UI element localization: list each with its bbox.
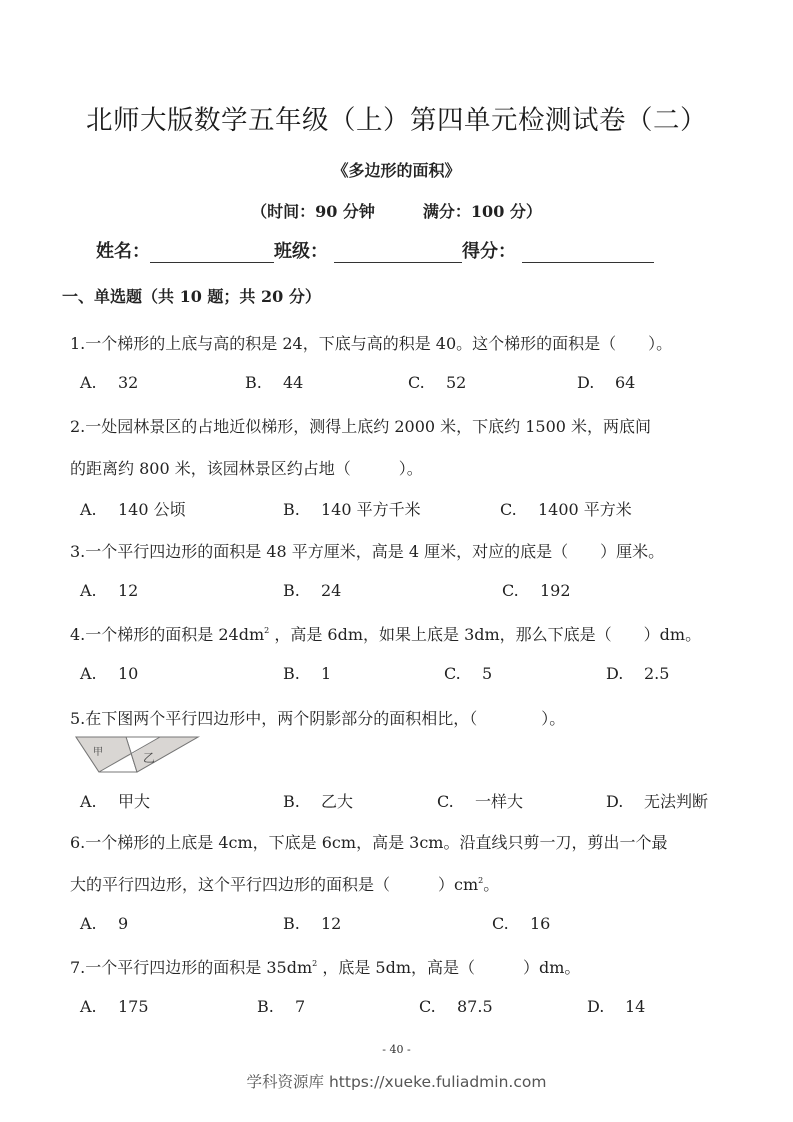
option-a[interactable]: A.10 [80, 664, 138, 683]
option-c[interactable]: C.87.5 [419, 997, 493, 1016]
question-2-line-1: 2.一处园林景区的占地近似梯形，测得上底约 2000 米，下底约 1500 米，… [70, 414, 651, 437]
option-b[interactable]: B.12 [283, 914, 341, 933]
option-a[interactable]: A.12 [80, 581, 138, 600]
question-3: 3.一个平行四边形的面积是 48 平方厘米，高是 4 厘米，对应的底是（ ）厘米… [70, 539, 664, 562]
option-a[interactable]: A.175 [80, 997, 149, 1016]
question-3-options: A.12 B.24 C.192 [80, 581, 760, 603]
name-label: 姓名： [96, 237, 150, 263]
option-c[interactable]: C.16 [492, 914, 550, 933]
option-a[interactable]: A.甲大 [80, 789, 150, 812]
option-b[interactable]: B.乙大 [283, 789, 353, 812]
question-4: 4.一个梯形的面积是 24dm2 ，高是 6dm，如果上底是 3dm，那么下底是… [70, 622, 701, 645]
figure-label-jia: 甲 [93, 743, 103, 758]
question-7-options: A.175 B.7 C.87.5 D.14 [80, 997, 760, 1019]
option-d[interactable]: D.14 [587, 997, 645, 1016]
question-7: 7.一个平行四边形的面积是 35dm2 ，底是 5dm，高是（ ）dm。 [70, 955, 580, 978]
time-limit: （时间：90 分钟 [251, 202, 375, 221]
option-b[interactable]: B.140 平方千米 [283, 497, 421, 520]
exam-subtitle: 《多边形的面积》 [0, 158, 793, 181]
option-a[interactable]: A.32 [80, 373, 138, 392]
exam-time-score: （时间：90 分钟满分：100 分） [0, 199, 793, 222]
option-c[interactable]: C.192 [502, 581, 571, 600]
class-label: 班级： [274, 237, 328, 263]
name-blank[interactable] [150, 242, 274, 263]
score-blank[interactable] [522, 242, 654, 263]
option-c[interactable]: C.一样大 [437, 789, 523, 812]
option-a[interactable]: A.140 公顷 [80, 497, 186, 520]
option-b[interactable]: B.24 [283, 581, 341, 600]
option-c[interactable]: C.1400 平方米 [500, 497, 632, 520]
question-6-line-2: 大的平行四边形，这个平行四边形的面积是（ ）cm2。 [70, 872, 499, 895]
option-b[interactable]: B.7 [257, 997, 305, 1016]
question-1-options: A.32 B.44 C.52 D.64 [80, 373, 760, 395]
option-b[interactable]: B.44 [245, 373, 303, 392]
question-5: 5.在下图两个平行四边形中，两个阴影部分的面积相比，（ ）。 [70, 706, 565, 729]
option-d[interactable]: D.无法判断 [606, 789, 708, 812]
student-info-row: 姓名： 班级： 得分： [96, 237, 654, 263]
question-1: 1.一个梯形的上底与高的积是 24，下底与高的积是 40。这个梯形的面积是（ ）… [70, 331, 672, 354]
option-d[interactable]: D.2.5 [606, 664, 669, 683]
option-a[interactable]: A.9 [80, 914, 128, 933]
exam-title: 北师大版数学五年级（上）第四单元检测试卷（二） [0, 98, 793, 137]
option-d[interactable]: D.64 [577, 373, 635, 392]
figure-label-yi: 乙 [143, 749, 155, 766]
option-c[interactable]: C.52 [408, 373, 466, 392]
question-6-options: A.9 B.12 C.16 [80, 914, 760, 936]
question-4-options: A.10 B.1 C.5 D.2.5 [80, 664, 760, 686]
section-title: 一、单选题（共 10 题；共 20 分） [62, 284, 321, 307]
class-blank[interactable] [334, 242, 462, 263]
source-watermark: 学科资源库 https://xueke.fuliadmin.com [0, 1070, 793, 1092]
page-number: - 40 - [0, 1043, 793, 1056]
option-b[interactable]: B.1 [283, 664, 331, 683]
question-2-options: A.140 公顷 B.140 平方千米 C.1400 平方米 [80, 497, 760, 519]
option-c[interactable]: C.5 [444, 664, 492, 683]
full-score: 满分：100 分） [423, 202, 542, 221]
question-5-options: A.甲大 B.乙大 C.一样大 D.无法判断 [80, 789, 760, 811]
parallelogram-figure: 甲 乙 [72, 732, 212, 781]
score-label: 得分： [462, 237, 516, 263]
question-2-line-2: 的距离约 800 米，该园林景区约占地（ ）。 [70, 456, 423, 479]
question-6-line-1: 6.一个梯形的上底是 4cm，下底是 6cm，高是 3cm。沿直线只剪一刀，剪出… [70, 830, 667, 853]
